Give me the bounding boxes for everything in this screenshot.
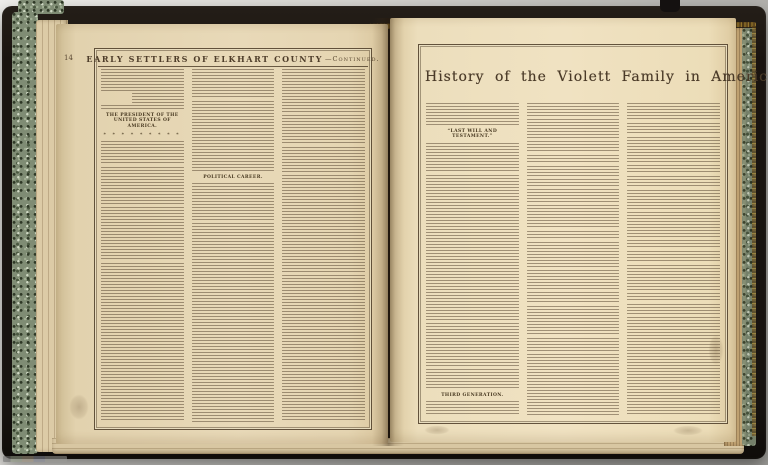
body-text-block [282, 235, 365, 273]
body-text-block [627, 277, 720, 291]
body-text-block [627, 332, 720, 415]
left-column-1: THE PRESIDENT OF THE UNITED STATES OF AM… [101, 69, 184, 424]
body-text-block [282, 147, 365, 173]
body-text-block [426, 369, 519, 389]
body-text-block [527, 282, 620, 290]
body-text-block [627, 212, 720, 225]
body-text-block [627, 123, 720, 135]
body-text-block [426, 103, 519, 125]
body-text-block [527, 292, 620, 304]
body-text-block [627, 227, 720, 238]
body-text-block [192, 101, 275, 129]
body-text-block [282, 69, 365, 113]
signature-text-block [132, 93, 183, 103]
right-page-columns: “LAST WILL AND TESTAMENT.”THIRD GENERATI… [426, 103, 720, 417]
body-text-block [627, 103, 720, 121]
left-page-header-continued: —Continued. [325, 55, 380, 63]
body-text-block [192, 385, 275, 422]
body-text-block [192, 223, 275, 281]
left-column-3 [282, 69, 365, 424]
column-heading: “LAST WILL AND TESTAMENT.” [427, 129, 518, 140]
body-text-block [627, 137, 720, 147]
body-text-block [426, 401, 519, 415]
body-text-block [627, 165, 720, 174]
body-text-block [527, 155, 620, 164]
column-heading: THE PRESIDENT OF THE UNITED STATES OF AM… [102, 113, 183, 129]
left-page: 14 EARLY SETTLERS OF ELKHART COUNTY—Cont… [56, 24, 388, 444]
body-text-block [527, 306, 620, 322]
body-text-block [101, 347, 184, 422]
body-text-block [426, 143, 519, 173]
body-text-block [101, 141, 184, 165]
body-text-block [527, 205, 620, 215]
body-text-block [627, 317, 720, 330]
color-calibration-strip [3, 456, 67, 462]
body-text-block [527, 324, 620, 336]
body-text-block [627, 293, 720, 302]
column-heading: THIRD GENERATION. [427, 393, 518, 398]
body-text-block [527, 242, 620, 255]
body-text-block [627, 304, 720, 315]
body-text-block [627, 149, 720, 163]
body-text-block [101, 167, 184, 205]
page-number: 14 [64, 54, 73, 62]
body-text-block [192, 331, 275, 383]
asterisk-ornament: * * * * * * * * * [101, 132, 184, 138]
body-text-block [527, 338, 620, 352]
right-column-2 [527, 103, 620, 417]
body-text-block [426, 223, 519, 263]
gold-trim-right [752, 26, 756, 436]
body-text-block [282, 317, 365, 422]
body-text-block [426, 175, 519, 221]
column-heading: POLITICAL CAREER. [193, 175, 274, 180]
left-page-header: EARLY SETTLERS OF ELKHART COUNTY—Continu… [98, 51, 368, 67]
body-text-block [101, 263, 184, 309]
body-text-block [101, 105, 184, 109]
body-text-block [527, 103, 620, 117]
body-text-block [101, 207, 184, 261]
body-text-block [282, 115, 365, 145]
right-page: History of the Violett Family in America… [390, 18, 736, 442]
body-text-block [627, 202, 720, 210]
book-scan-scene: 14 EARLY SETTLERS OF ELKHART COUNTY—Cont… [0, 0, 768, 465]
body-text-block [627, 176, 720, 188]
body-text-block [192, 183, 275, 221]
body-text-block [527, 189, 620, 203]
body-text-block [527, 141, 620, 153]
body-text-block [527, 119, 620, 129]
body-text-block [627, 190, 720, 200]
body-text-block [627, 251, 720, 263]
body-text-block [627, 240, 720, 249]
body-text-block [282, 175, 365, 233]
body-text-block [527, 166, 620, 177]
right-column-3 [627, 103, 720, 417]
right-column-1: “LAST WILL AND TESTAMENT.”THIRD GENERATI… [426, 103, 519, 417]
body-text-block [192, 131, 275, 171]
body-text-block [527, 354, 620, 415]
body-text-block [527, 257, 620, 268]
left-page-header-title: EARLY SETTLERS OF ELKHART COUNTY [86, 54, 323, 64]
body-text-block [192, 69, 275, 99]
left-column-2: POLITICAL CAREER. [192, 69, 275, 424]
body-text-block [527, 270, 620, 280]
body-text-block [426, 323, 519, 367]
left-page-frame: EARLY SETTLERS OF ELKHART COUNTY—Continu… [94, 48, 372, 430]
body-text-block [627, 265, 720, 275]
body-text-block [527, 231, 620, 240]
body-text-block [426, 265, 519, 321]
body-text-block [527, 131, 620, 139]
right-page-title: History of the Violett Family in America… [425, 69, 721, 85]
binding-tab [660, 0, 680, 12]
right-page-frame: History of the Violett Family in America… [418, 44, 728, 424]
body-text-block [101, 69, 184, 91]
body-text-block [527, 217, 620, 229]
body-text-block [527, 179, 620, 187]
body-text-block [282, 275, 365, 315]
marbled-edge-left [12, 12, 38, 454]
body-text-block [101, 311, 184, 345]
left-page-columns: THE PRESIDENT OF THE UNITED STATES OF AM… [101, 69, 365, 424]
body-text-block [192, 283, 275, 329]
